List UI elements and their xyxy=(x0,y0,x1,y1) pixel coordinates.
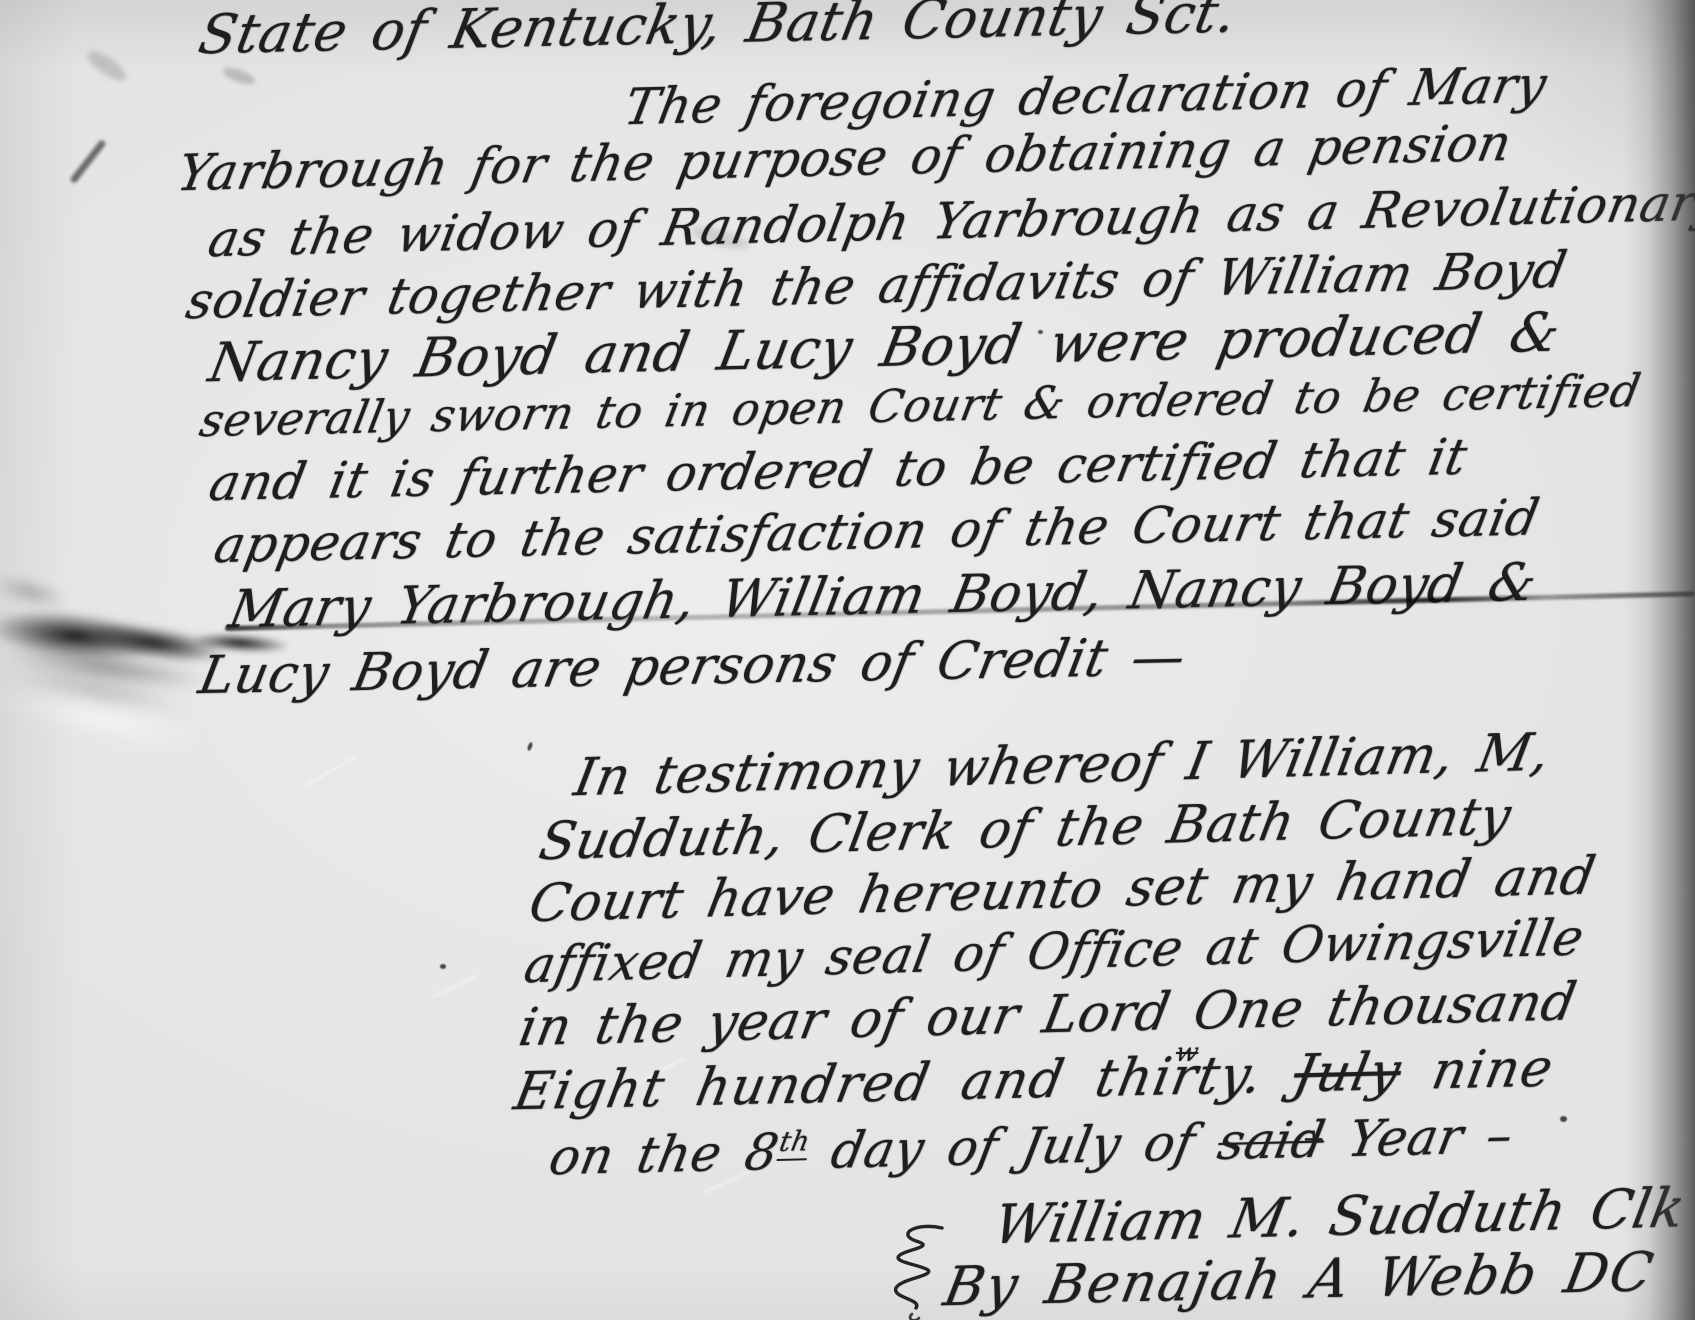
document-scan: State of Kentucky, Bath County Sct. The … xyxy=(0,0,1695,1320)
margin-pencil-mark xyxy=(69,139,107,184)
paper-scratch xyxy=(432,975,476,999)
deputy-signature: By Benajah A Webb DC xyxy=(940,1245,1659,1314)
signature-squiggle-mark xyxy=(886,1222,950,1320)
struck-word-july: July xyxy=(1289,1042,1407,1105)
ink-speck xyxy=(440,964,446,969)
body-line-10: Lucy Boyd are persons of Credit — xyxy=(195,631,1190,702)
day-line-prefix: on the 8 xyxy=(545,1123,784,1186)
fold-crease-highlight xyxy=(0,680,222,759)
fold-crease-stain xyxy=(0,569,77,614)
insertion-caret-mark: + xyxy=(1302,1122,1325,1155)
date-line-suffix: nine xyxy=(1427,1038,1559,1101)
day-line-suffix: Year – xyxy=(1319,1106,1518,1169)
ink-speck xyxy=(527,742,534,752)
day-line: on the 8th day of July of said Year – xyxy=(546,1110,1518,1182)
day-line-middle: day of July of xyxy=(802,1113,1224,1181)
ink-speck xyxy=(1560,1116,1567,1122)
heading-line: State of Kentucky, Bath County Sct. xyxy=(195,0,1241,62)
fold-crease-shadow xyxy=(0,656,201,722)
fold-crease-stain xyxy=(0,597,182,675)
date-line-prefix: Eight hundred and thirty. xyxy=(509,1045,1268,1122)
pencil-smudge xyxy=(221,65,257,88)
pencil-smudge xyxy=(84,46,131,85)
paper-scratch xyxy=(303,755,356,788)
